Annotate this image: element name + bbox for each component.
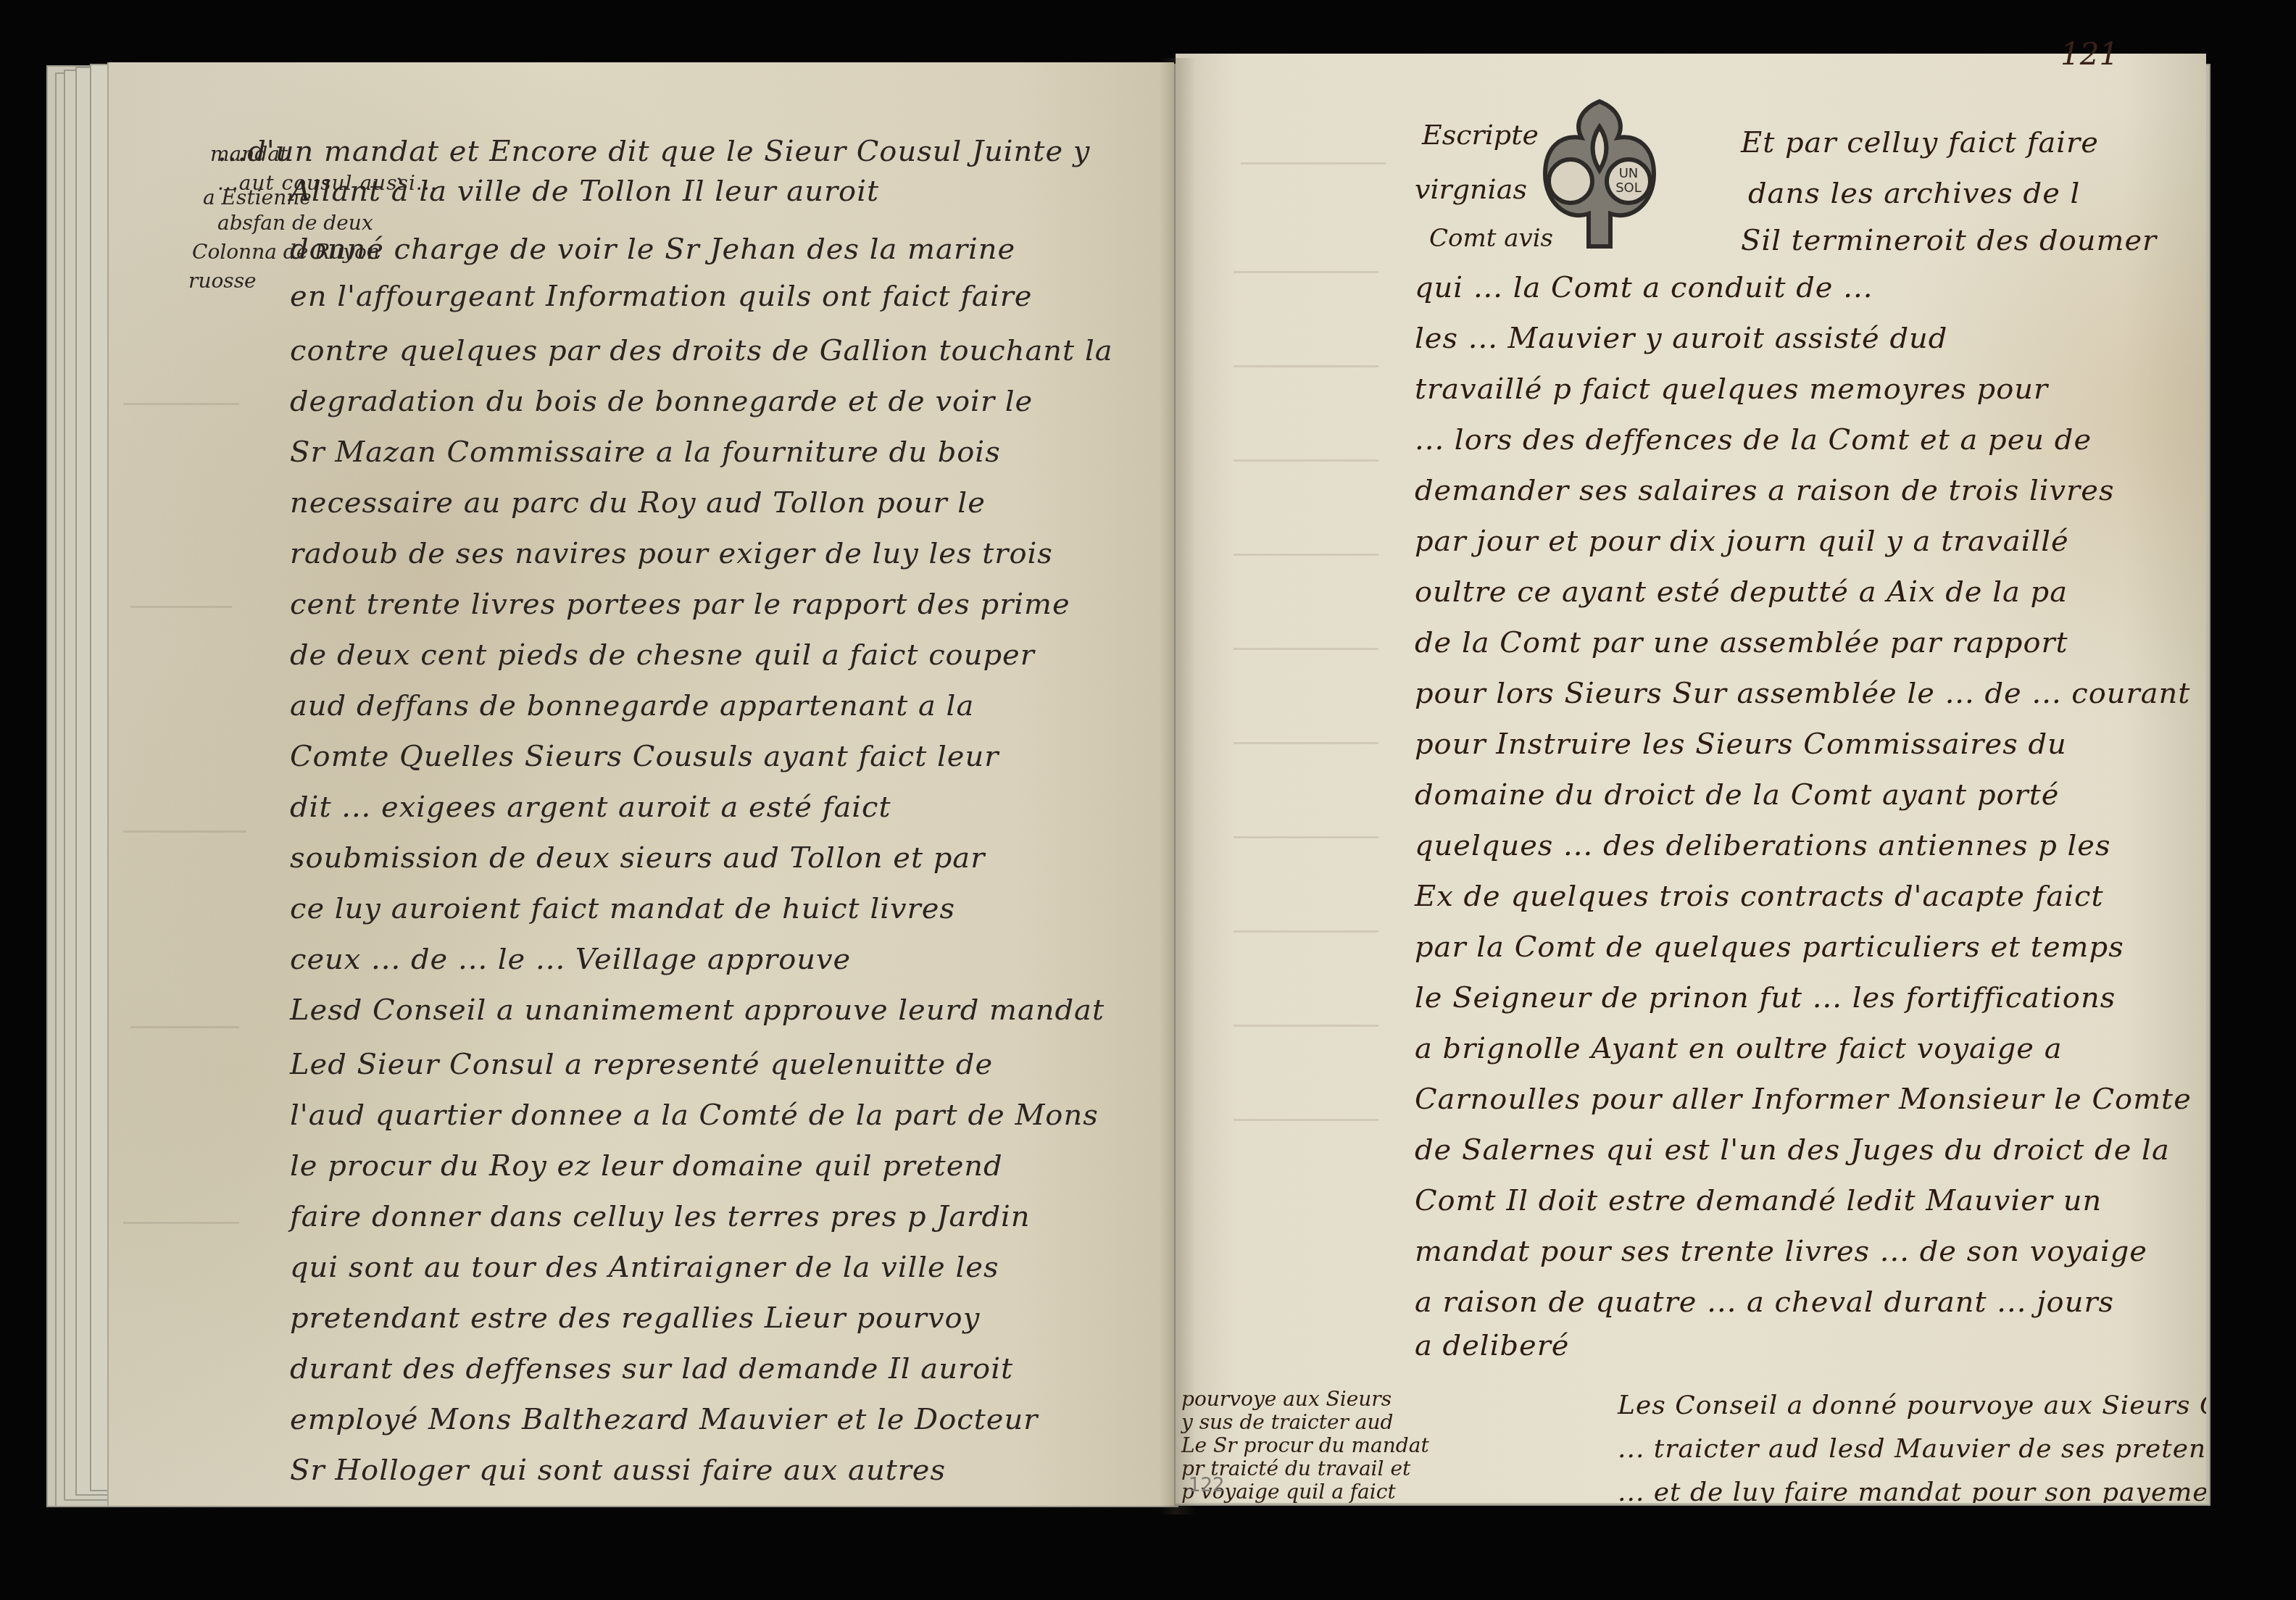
manuscript-line: Lesd Conseil a unanimement approuve leur… [290, 993, 1105, 1027]
pencil-folio-number: 122 [1189, 1475, 1225, 1496]
manuscript-line: pour Instruire les Sieurs Commissaires d… [1415, 728, 2067, 761]
manuscript-line: Allant à la ville de Tollon Il leur auro… [290, 175, 879, 208]
manuscript-line: a deliberé [1415, 1329, 1570, 1362]
manuscript-line: degradation du bois de bonnegarde et de … [290, 385, 1033, 418]
show-through-ink [1234, 459, 1378, 462]
manuscript-line: ... lors des deffences de la Comt et a p… [1415, 423, 2092, 457]
show-through-ink [1234, 836, 1378, 838]
manuscript-line: pretendant estre des regallies Lieur pou… [290, 1301, 980, 1335]
manuscript-line: en l'affourgeant Information quils ont f… [290, 280, 1033, 313]
manuscript-line: oultre ce ayant esté deputté a Aix de la… [1415, 575, 2068, 609]
manuscript-line: ... et de luy faire mandat pour son paye… [1618, 1478, 2206, 1503]
margin-note: ruosse [188, 269, 257, 293]
show-through-ink [1234, 271, 1378, 273]
manuscript-line: Carnoulles pour aller Informer Monsieur … [1415, 1083, 2192, 1116]
manuscript-line: mandat pour ses trente livres ... de son… [1415, 1235, 2147, 1268]
manuscript-line: qui ... la Comt a conduit de ... [1415, 271, 1873, 304]
manuscript-line: domaine du droict de la Comt ayant porté [1415, 778, 2059, 812]
page-number: 121 [2060, 36, 2118, 72]
margin-note: absfan de deux [217, 211, 373, 235]
show-through-ink [123, 1222, 239, 1224]
show-through-ink [123, 830, 246, 833]
manuscript-line: Sr Mazan Commissaire a la fourniture du … [290, 436, 1001, 469]
manuscript-line: le procur du Roy ez leur domaine quil pr… [290, 1149, 1003, 1183]
manuscript-line: quelques ... des deliberations antiennes… [1415, 829, 2110, 862]
manuscript-line: par jour et pour dix journ quil y a trav… [1415, 525, 2069, 558]
manuscript-line: soubmission de deux sieurs aud Tollon et… [290, 841, 985, 875]
manuscript-line: l'aud quartier donnee a la Comté de la p… [290, 1099, 1099, 1132]
manuscript-line: demander ses salaires a raison de trois … [1415, 474, 2114, 507]
manuscript-line: ceux ... de ... le ... Veillage approuve [290, 943, 851, 976]
show-through-ink [1234, 554, 1378, 556]
manuscript-line: ...d'un mandat et Encore dit que le Sieu… [217, 135, 1090, 168]
manuscript-line: le Seigneur de prinon fut ... les fortif… [1415, 981, 2116, 1014]
show-through-ink [123, 403, 239, 405]
manuscript-line: par la Comt de quelques particuliers et … [1415, 930, 2124, 964]
show-through-ink [130, 606, 232, 608]
manuscript-line: contre quelques par des droits de Gallio… [290, 334, 1113, 367]
show-through-ink [1234, 1025, 1378, 1027]
manuscript-line: ... traicter aud lesd Mauvier de ses pre… [1618, 1434, 2206, 1464]
manuscript-line: Et par celluy faict faire [1741, 126, 2099, 159]
manuscript-line: employé Mons Balthezard Mauvier et le Do… [290, 1403, 1038, 1436]
manuscript-line: dans les archives de l [1748, 177, 2080, 210]
manuscript-line: Sil termineroit des doumer [1741, 224, 2157, 257]
show-through-ink [1234, 930, 1378, 933]
fleur-de-lis-stamp-icon: UN SOL [1531, 94, 1668, 257]
right-page: Escripte virgnias Comt avis Et par cellu… [1176, 54, 2206, 1503]
manuscript-line: faire donner dans celluy les terres pres… [290, 1200, 1031, 1233]
manuscript-line: qui sont au tour des Antiraigner de la v… [290, 1251, 999, 1284]
manuscript-line: aud deffans de bonnegarde appartenant a … [290, 689, 974, 722]
svg-text:SOL: SOL [1615, 180, 1642, 196]
manuscript-line: a raison de quatre ... a cheval durant .… [1415, 1286, 2114, 1319]
margin-note: Escripte [1422, 119, 1539, 151]
manuscript-line: a brignolle Ayant en oultre faict voyaig… [1415, 1032, 2063, 1065]
margin-note: y sus de traicter aud [1181, 1410, 1394, 1434]
manuscript-line: de la Comt par une assemblée par rapport [1415, 626, 2068, 659]
svg-text:UN: UN [1619, 166, 1639, 181]
manuscript-line: durant des deffenses sur lad demande Il … [290, 1352, 1013, 1386]
manuscript-line: pour lors Sieurs Sur assemblée le ... de… [1415, 677, 2190, 710]
manuscript-spread: mandat a Estienne absfan de deux Colonna… [0, 0, 2296, 1600]
manuscript-line: Comte Quelles Sieurs Cousuls ayant faict… [290, 740, 999, 773]
manuscript-line: les ... Mauvier y auroit assisté dud [1415, 322, 1947, 355]
manuscript-line: ce luy auroient faict mandat de huict li… [290, 892, 955, 925]
manuscript-line: cent trente livres portees par le rappor… [290, 588, 1070, 621]
book-gutter [1160, 58, 1196, 1514]
manuscript-line: Comt Il doit estre demandé ledit Mauvier… [1415, 1184, 2102, 1217]
manuscript-line: Led Sieur Consul a representé quelenuitt… [290, 1048, 993, 1081]
manuscript-line: de Salernes qui est l'un des Juges du dr… [1415, 1133, 2170, 1167]
show-through-ink [130, 1026, 239, 1028]
manuscript-line: travaillé p faict quelques memoyres pour [1415, 372, 2048, 406]
manuscript-line: Ex de quelques trois contracts d'acapte … [1415, 880, 2104, 913]
margin-note: virgnias [1415, 173, 1527, 205]
show-through-ink [1234, 1119, 1378, 1121]
left-page: mandat a Estienne absfan de deux Colonna… [107, 62, 1174, 1506]
manuscript-line: donné charge de voir le Sr Jehan des la … [290, 233, 1015, 266]
show-through-ink [1234, 648, 1378, 650]
manuscript-line: dit ... exigees argent auroit a esté fai… [290, 791, 891, 824]
show-through-ink [1234, 742, 1378, 744]
show-through-ink [1234, 365, 1378, 367]
margin-note: Le Sr procur du mandat [1181, 1433, 1429, 1457]
manuscript-line: Les Conseil a donné pourvoye aux Sieurs … [1618, 1391, 2206, 1420]
margin-note: pourvoye aux Sieurs [1181, 1387, 1392, 1411]
manuscript-line: de deux cent pieds de chesne quil a faic… [290, 638, 1035, 672]
manuscript-line: Sr Holloger qui sont aussi faire aux aut… [290, 1454, 946, 1487]
manuscript-line: radoub de ses navires pour exiger de luy… [290, 537, 1053, 570]
show-through-ink [1241, 162, 1386, 164]
manuscript-line: necessaire au parc du Roy aud Tollon pou… [290, 486, 986, 520]
